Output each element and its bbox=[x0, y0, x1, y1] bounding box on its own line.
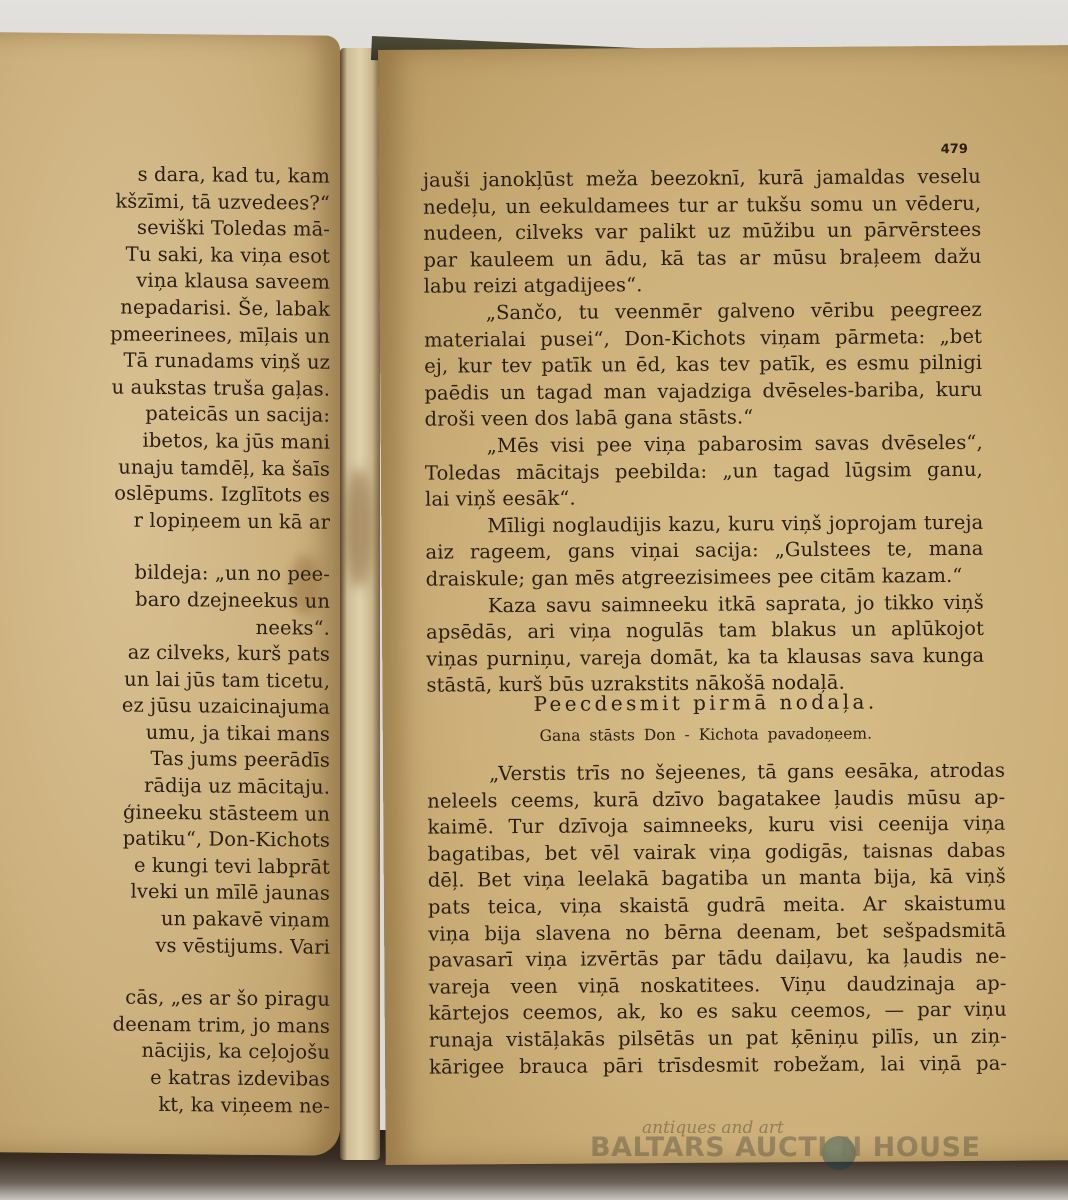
text-line: neleels ceems, kurā dzīvo bagatakee ļaud… bbox=[427, 784, 1005, 815]
text-line: ez jūsu uzaicinajuma bbox=[0, 692, 330, 722]
text-line: kaimē. Tur dzīvoja saimneeks, kuru visi … bbox=[427, 811, 1005, 842]
text-line: kšzīmi, tā uzvedees?“ bbox=[0, 187, 330, 217]
text-line: pavasarī viņa izvērtās par tādu daiļavu,… bbox=[428, 944, 1006, 975]
stain bbox=[346, 468, 372, 588]
text-line: draiskule; gan mēs atgreezisimees pee ci… bbox=[426, 563, 984, 593]
text-line: runaja vistāļakās pilsētās un pat ķēniņu… bbox=[429, 1024, 1007, 1055]
text-line bbox=[0, 533, 330, 562]
text-line: umu, ja tikai mans bbox=[0, 718, 330, 748]
text-line: viņa bija slavena no bērna deenam, bet s… bbox=[428, 917, 1006, 948]
left-page: s dara, kad tu, kamkšzīmi, tā uzvedees?“… bbox=[0, 32, 340, 1156]
text-line: baro dzejneekus un bbox=[0, 585, 330, 615]
text-line: u aukstas truša gaļas. bbox=[0, 373, 330, 403]
text-line: vs vēstijums. Vari bbox=[0, 931, 330, 961]
text-line: vareja veen viņā noskatitees. Viņu daudz… bbox=[428, 970, 1006, 1001]
text-line bbox=[0, 957, 330, 986]
chapter-title: Peecdesmit pirmā nodaļa. bbox=[426, 689, 984, 717]
text-line: az cilveks, kurš pats bbox=[0, 638, 330, 668]
text-line: pateicās un sacija: bbox=[0, 400, 330, 430]
right-page: 479 jauši janokļūst meža beezoknī, kurā … bbox=[378, 45, 1068, 1165]
text-line: s dara, kad tu, kam bbox=[0, 160, 330, 190]
text-line: kt, ka viņeem ne- bbox=[0, 1090, 330, 1120]
text-line: pats teica, viņa skaistā gudrā meita. Ar… bbox=[428, 891, 1006, 922]
text-line: nācijis, ka ceļojošu bbox=[0, 1037, 330, 1067]
text-line: aiz rageem, gans viņai sacija: „Gulstees… bbox=[425, 536, 983, 566]
text-line: nedeļu, un eekuldamees tur ar tukšu somu… bbox=[423, 190, 981, 220]
page-number: 479 bbox=[941, 142, 968, 157]
right-page-text-lower: „Verstis trīs no šejeenes, tā gans eesāk… bbox=[427, 758, 1007, 1081]
right-page-text-upper: jauši janokļūst meža beezoknī, kurā jama… bbox=[423, 164, 985, 700]
text-line: bildeja: „un no pee- bbox=[0, 559, 330, 589]
text-line: nudeen, cilveks var palikt uz mūžibu un … bbox=[423, 217, 981, 247]
text-line: Kaza savu saimneeku itkā saprata, jo tik… bbox=[426, 589, 984, 619]
text-line: kārigee brauca pāri trīsdesmit robežam, … bbox=[429, 1050, 1007, 1081]
text-line: viņas purniņu, vareja domāt, ka ta klaus… bbox=[426, 642, 984, 672]
text-line: neeks“. bbox=[0, 612, 330, 642]
text-line: Tā runadams viņš uz bbox=[0, 346, 330, 376]
chapter-subtitle: Gana stāsts Don - Kichota pavadoņeem. bbox=[427, 724, 985, 746]
text-line: Mīligi noglaudijis kazu, kuru viņš jopro… bbox=[425, 510, 983, 540]
text-line: droši veen dos labā gana stāsts.“ bbox=[424, 403, 982, 433]
text-line: jauši janokļūst meža beezoknī, kurā jama… bbox=[423, 164, 981, 194]
text-line: Tas jums peerādīs bbox=[0, 745, 330, 775]
text-line: e katras izdevibas bbox=[0, 1063, 330, 1093]
text-line: paēdis un tagad man vajadziga dvēseles-b… bbox=[424, 377, 982, 407]
text-line: pmeerinees, mīļais un bbox=[0, 320, 330, 350]
text-line: ej, kur tev patīk un ēd, kas tev patīk, … bbox=[424, 350, 982, 380]
text-line: rādija uz mācitaju. bbox=[0, 771, 330, 801]
text-line: cās, „es ar šo piragu bbox=[0, 983, 330, 1013]
book-spine-gutter bbox=[340, 48, 380, 1160]
text-line: bagatibas, bet vēl vairak viņa godigās, … bbox=[428, 837, 1006, 868]
text-line: materialai pusei“, Don-Kichots viņam pār… bbox=[424, 323, 982, 353]
text-line: ģineeku stāsteem un bbox=[0, 798, 330, 828]
text-line: un lai jūs tam ticetu, bbox=[0, 665, 330, 695]
left-page-text: s dara, kad tu, kamkšzīmi, tā uzvedees?“… bbox=[0, 160, 330, 1120]
text-line: Tu saki, ka viņa esot bbox=[0, 240, 330, 270]
text-line: lai viņš eesāk“. bbox=[425, 483, 983, 513]
text-line: unaju tamdēļ, ka šaīs bbox=[0, 453, 330, 483]
text-line: kārtejos ceemos, ak, ko es saku ceemos, … bbox=[429, 997, 1007, 1028]
text-line: „Sančo, tu veenmēr galveno vēribu peegre… bbox=[424, 297, 982, 327]
text-line: deenam trim, jo mans bbox=[0, 1010, 330, 1040]
text-line: „Mēs visi pee viņa pabarosim savas dvēse… bbox=[425, 430, 983, 460]
text-line: oslēpums. Izglītots es bbox=[0, 479, 330, 509]
text-line: un pakavē viņam bbox=[0, 904, 330, 934]
text-line: lveki un mīlē jaunas bbox=[0, 878, 330, 908]
text-line: dēļ. Bet viņa leelakā bagatiba un manta … bbox=[428, 864, 1006, 895]
text-line: ibetos, ka jūs mani bbox=[0, 426, 330, 456]
text-line: „Verstis trīs no šejeenes, tā gans eesāk… bbox=[427, 758, 1005, 789]
text-line: apsēdās, ari viņa nogulās tam blakus un … bbox=[426, 616, 984, 646]
text-line: seviški Toledas mā- bbox=[0, 213, 330, 243]
text-line: viņa klausa saveem bbox=[0, 267, 330, 297]
text-line: Toledas mācitajs peebilda: „un tagad lūg… bbox=[425, 456, 983, 486]
text-line: e kungi tevi labprāt bbox=[0, 851, 330, 881]
text-line: patiku“, Don-Kichots bbox=[0, 825, 330, 855]
text-line: nepadarisi. Še, labak bbox=[0, 293, 330, 323]
text-line: labu reizi atgadijees“. bbox=[424, 270, 982, 300]
text-line: r lopiņeem un kā ar bbox=[0, 506, 330, 536]
text-line: par kauleem un ādu, kā tas ar mūsu braļe… bbox=[423, 244, 981, 274]
